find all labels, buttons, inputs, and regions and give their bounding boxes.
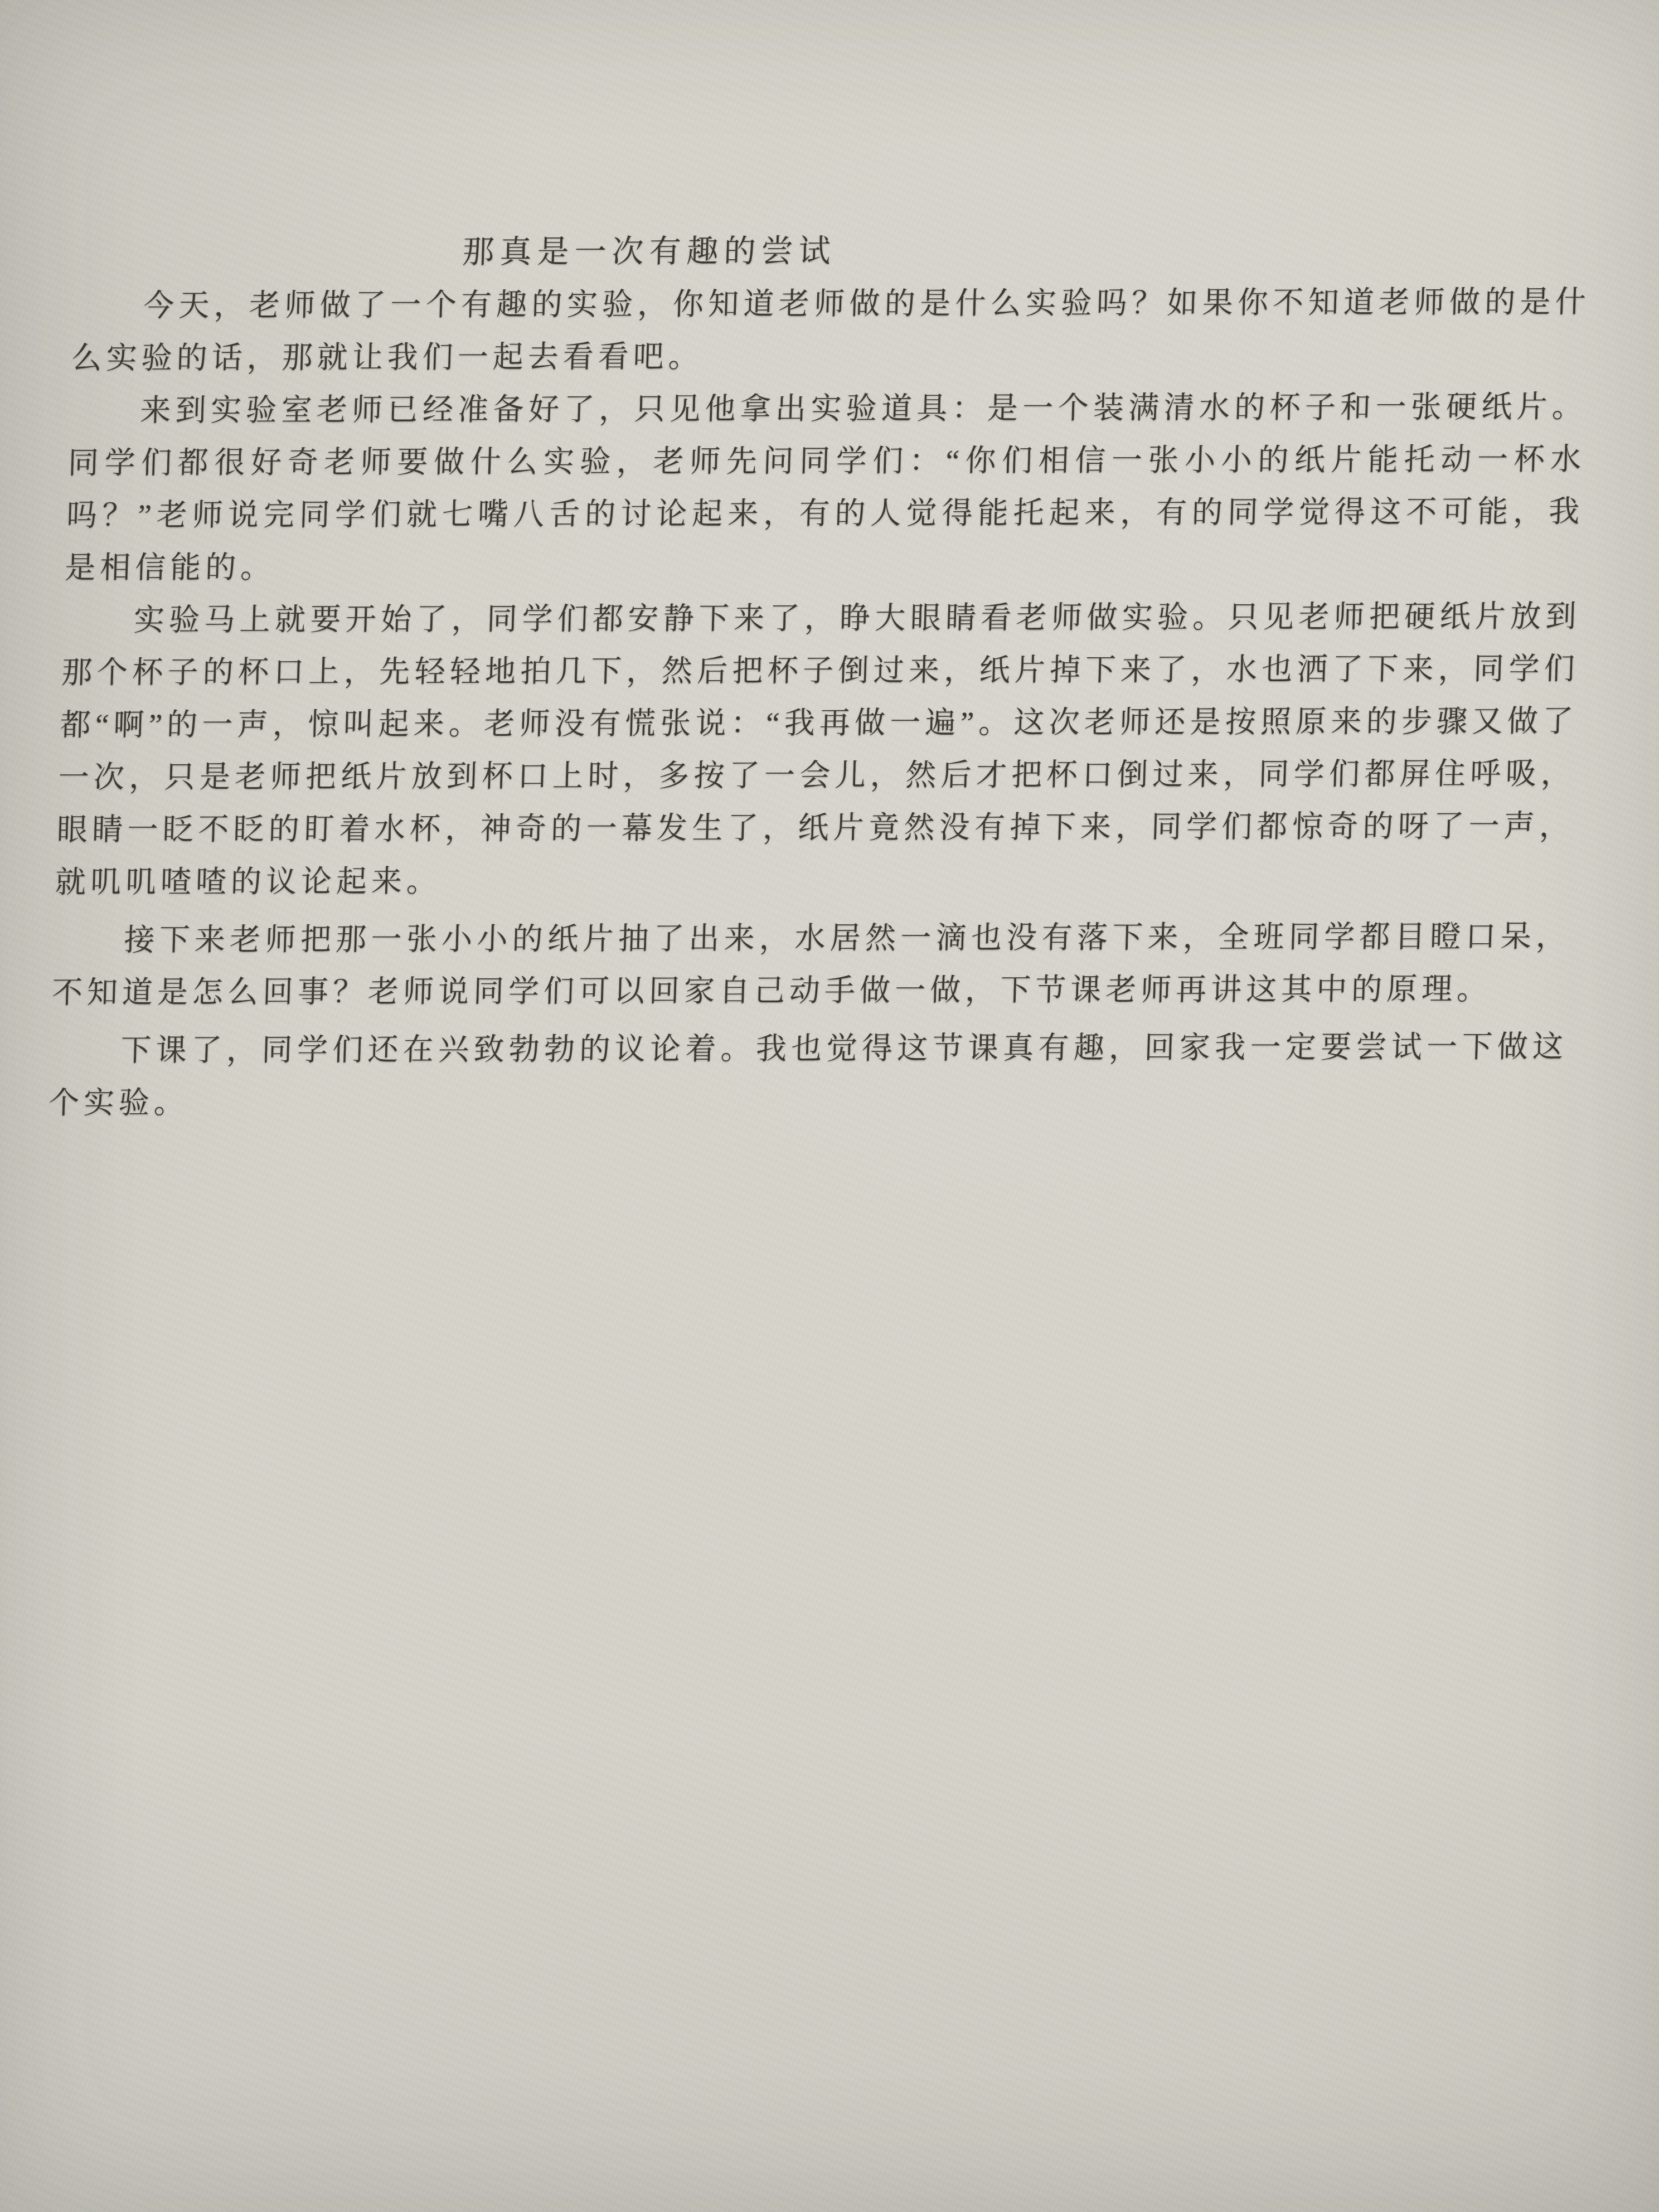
essay-paragraph-2: 来到实验室老师已经准备好了，只见他拿出实验道具：是一个装满清水的杯子和一张硬纸片…	[64, 381, 1588, 594]
essay-paragraph-1: 今天，老师做了一个有趣的实验，你知道老师做的是什么实验吗？如果你不知道老师做的是…	[70, 276, 1591, 385]
document-sheet: 那真是一次有趣的尝试 今天，老师做了一个有趣的实验，你知道老师做的是什么实验吗？…	[48, 224, 1593, 1129]
paper-photo-background: 那真是一次有趣的尝试 今天，老师做了一个有趣的实验，你知道老师做的是什么实验吗？…	[0, 0, 1659, 2212]
essay-paragraph-5: 下课了，同学们还在兴致勃勃的议论着。我也觉得这节课真有趣，回家我一定要尝试一下做…	[48, 1021, 1569, 1129]
photo-vignette	[0, 0, 1659, 2212]
essay-paragraph-4: 接下来老师把那一张小小的纸片抽了出来，水居然一滴也没有落下来，全班同学都目瞪口呆…	[51, 910, 1572, 1019]
essay-title: 那真是一次有趣的尝试	[74, 224, 1593, 280]
essay-paragraph-3: 实验马上就要开始了，同学们都安静下来了，睁大眼睛看老师做实验。只见老师把硬纸片放…	[55, 590, 1582, 909]
